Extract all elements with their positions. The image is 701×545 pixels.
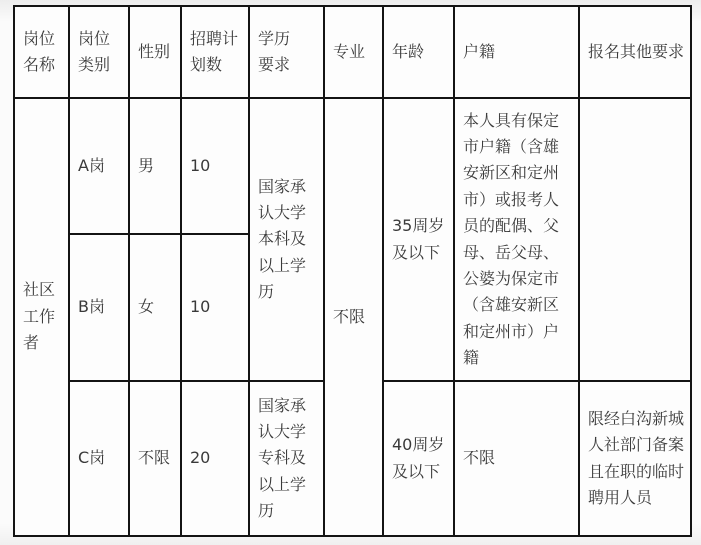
cell-gender-b: 女 bbox=[129, 234, 181, 381]
cell-education-ab: 国家承 认大学 本科及 以上学 历 bbox=[249, 98, 324, 381]
cell-position-name: 社区 工作 者 bbox=[14, 98, 69, 536]
cell-other-ab bbox=[579, 98, 691, 381]
recruitment-table: 岗位 名称 岗位 类别 性别 招聘计 划数 学历 要求 专业 年龄 户籍 报名其… bbox=[13, 5, 692, 537]
header-position-name: 岗位 名称 bbox=[14, 6, 69, 98]
table-header-row: 岗位 名称 岗位 类别 性别 招聘计 划数 学历 要求 专业 年龄 户籍 报名其… bbox=[14, 6, 691, 98]
cell-education-c: 国家承 认大学 专科及 以上学 历 bbox=[249, 381, 324, 536]
cell-other-c: 限经白沟新城 人社部门备案 且在职的临时 聘用人员 bbox=[579, 381, 691, 536]
cell-residence-c: 不限 bbox=[454, 381, 579, 536]
cell-category-c: C岗 bbox=[69, 381, 129, 536]
header-other-requirements: 报名其他要求 bbox=[579, 6, 691, 98]
table-row-a: 社区 工作 者 A岗 男 10 国家承 认大学 本科及 以上学 历 不限 35周… bbox=[14, 98, 691, 234]
cell-age-c: 40周岁 及以下 bbox=[383, 381, 454, 536]
cell-count-c: 20 bbox=[181, 381, 249, 536]
cell-category-b: B岗 bbox=[69, 234, 129, 381]
header-position-category: 岗位 类别 bbox=[69, 6, 129, 98]
header-age: 年龄 bbox=[383, 6, 454, 98]
header-gender: 性别 bbox=[129, 6, 181, 98]
cell-major-all: 不限 bbox=[324, 98, 383, 536]
cell-gender-c: 不限 bbox=[129, 381, 181, 536]
cell-count-b: 10 bbox=[181, 234, 249, 381]
page-background: 岗位 名称 岗位 类别 性别 招聘计 划数 学历 要求 专业 年龄 户籍 报名其… bbox=[0, 0, 701, 545]
header-residence: 户籍 bbox=[454, 6, 579, 98]
cell-age-ab: 35周岁 及以下 bbox=[383, 98, 454, 381]
cell-gender-a: 男 bbox=[129, 98, 181, 234]
cell-count-a: 10 bbox=[181, 98, 249, 234]
cell-category-a: A岗 bbox=[69, 98, 129, 234]
cell-residence-ab: 本人具有保定 市户籍（含雄 安新区和定州 市）或报考人 员的配偶、父 母、岳父母… bbox=[454, 98, 579, 381]
header-education: 学历 要求 bbox=[249, 6, 324, 98]
header-major: 专业 bbox=[324, 6, 383, 98]
header-recruit-count: 招聘计 划数 bbox=[181, 6, 249, 98]
